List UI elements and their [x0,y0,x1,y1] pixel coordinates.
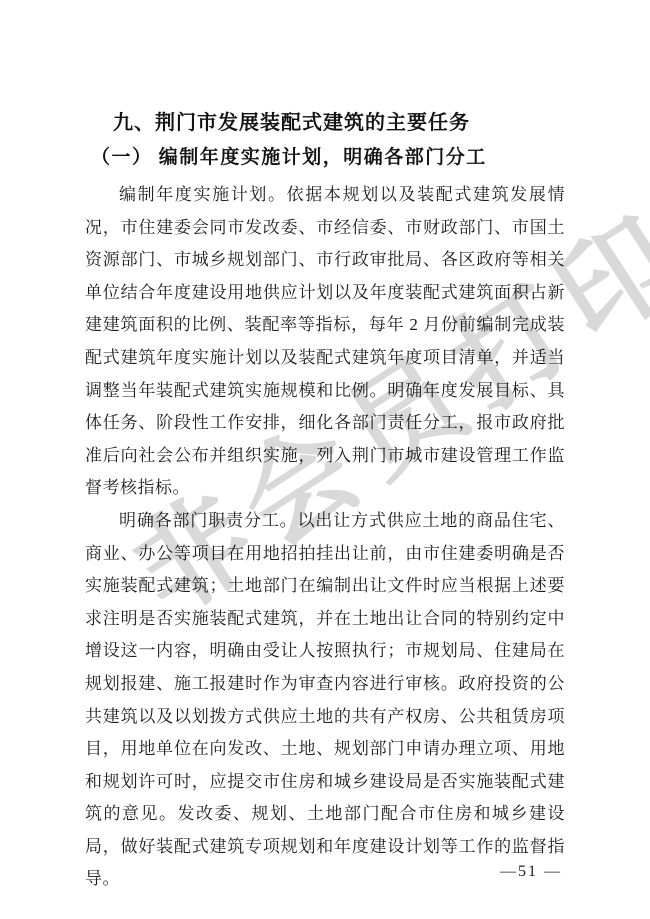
section-heading: 九、荆门市发展装配式建筑的主要任务 [113,110,565,136]
page-number: —51 — [500,863,562,881]
paragraph-department-duties: 明确各部门职责分工。以出让方式供应土地的商品住宅、商业、办公等项目在用地招拍挂出… [85,505,565,896]
page-content: 九、荆门市发展装配式建筑的主要任务 （一） 编制年度实施计划，明确各部门分工 编… [0,0,650,896]
paragraph-annual-plan: 编制年度实施计划。依据本规划以及装配式建筑发展情况，市住建委会同市发改委、市经信… [85,179,565,505]
subsection-heading: （一） 编制年度实施计划，明确各部门分工 [91,145,565,171]
document-page: 非会员打印 九、荆门市发展装配式建筑的主要任务 （一） 编制年度实施计划，明确各… [0,0,650,919]
